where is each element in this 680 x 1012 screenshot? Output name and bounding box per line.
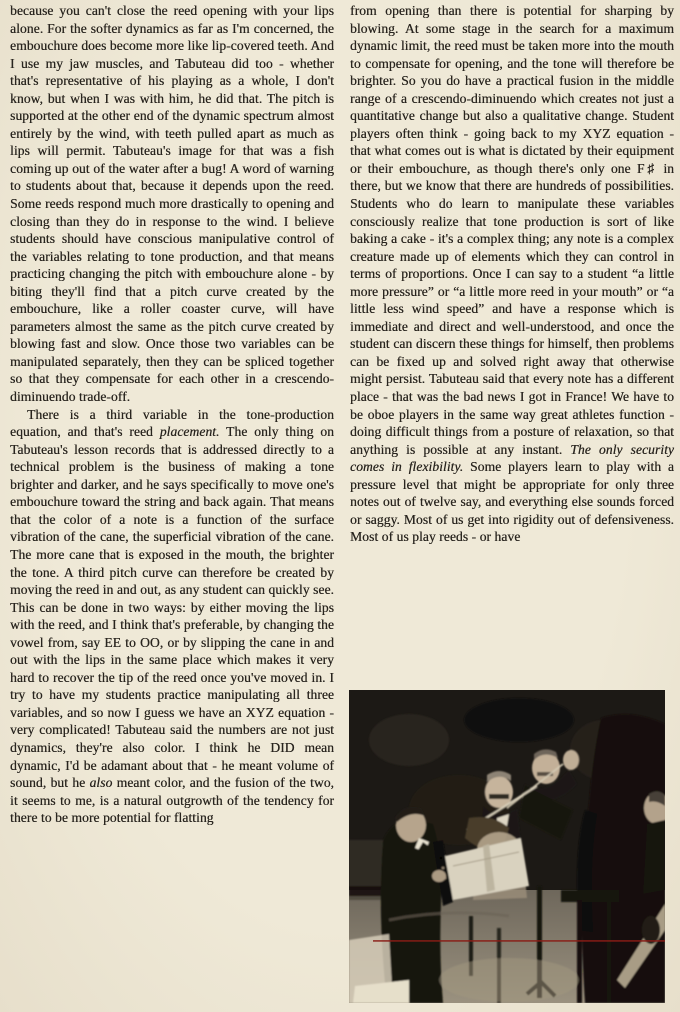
photo-red-artifact-line bbox=[373, 940, 665, 942]
italic-text-segment: also bbox=[89, 775, 112, 790]
orchestra-photo bbox=[349, 690, 665, 1003]
text-segment: The only thing on Tabuteau's lesson reco… bbox=[10, 424, 334, 790]
orchestra-photo-graphic bbox=[349, 690, 665, 1003]
text-segment: from opening than there is potential for… bbox=[350, 3, 674, 457]
photo-oboist-hand bbox=[432, 870, 446, 882]
text-segment: because you can't close the reed opening… bbox=[10, 3, 334, 404]
article-paragraph: because you can't close the reed opening… bbox=[10, 2, 334, 406]
photo-violinist1-glasses bbox=[489, 794, 509, 799]
article-paragraph: from opening than there is potential for… bbox=[350, 2, 674, 546]
photo-violinist2-hand bbox=[563, 750, 579, 770]
text-column-right: from opening than there is potential for… bbox=[350, 2, 674, 546]
article-paragraph: There is a third variable in the tone-pr… bbox=[10, 406, 334, 827]
text-column-left: because you can't close the reed opening… bbox=[10, 2, 334, 827]
photo-stool-seat bbox=[561, 890, 619, 902]
scanned-article-page: because you can't close the reed opening… bbox=[0, 0, 680, 1012]
italic-text-segment: placement. bbox=[160, 424, 220, 439]
